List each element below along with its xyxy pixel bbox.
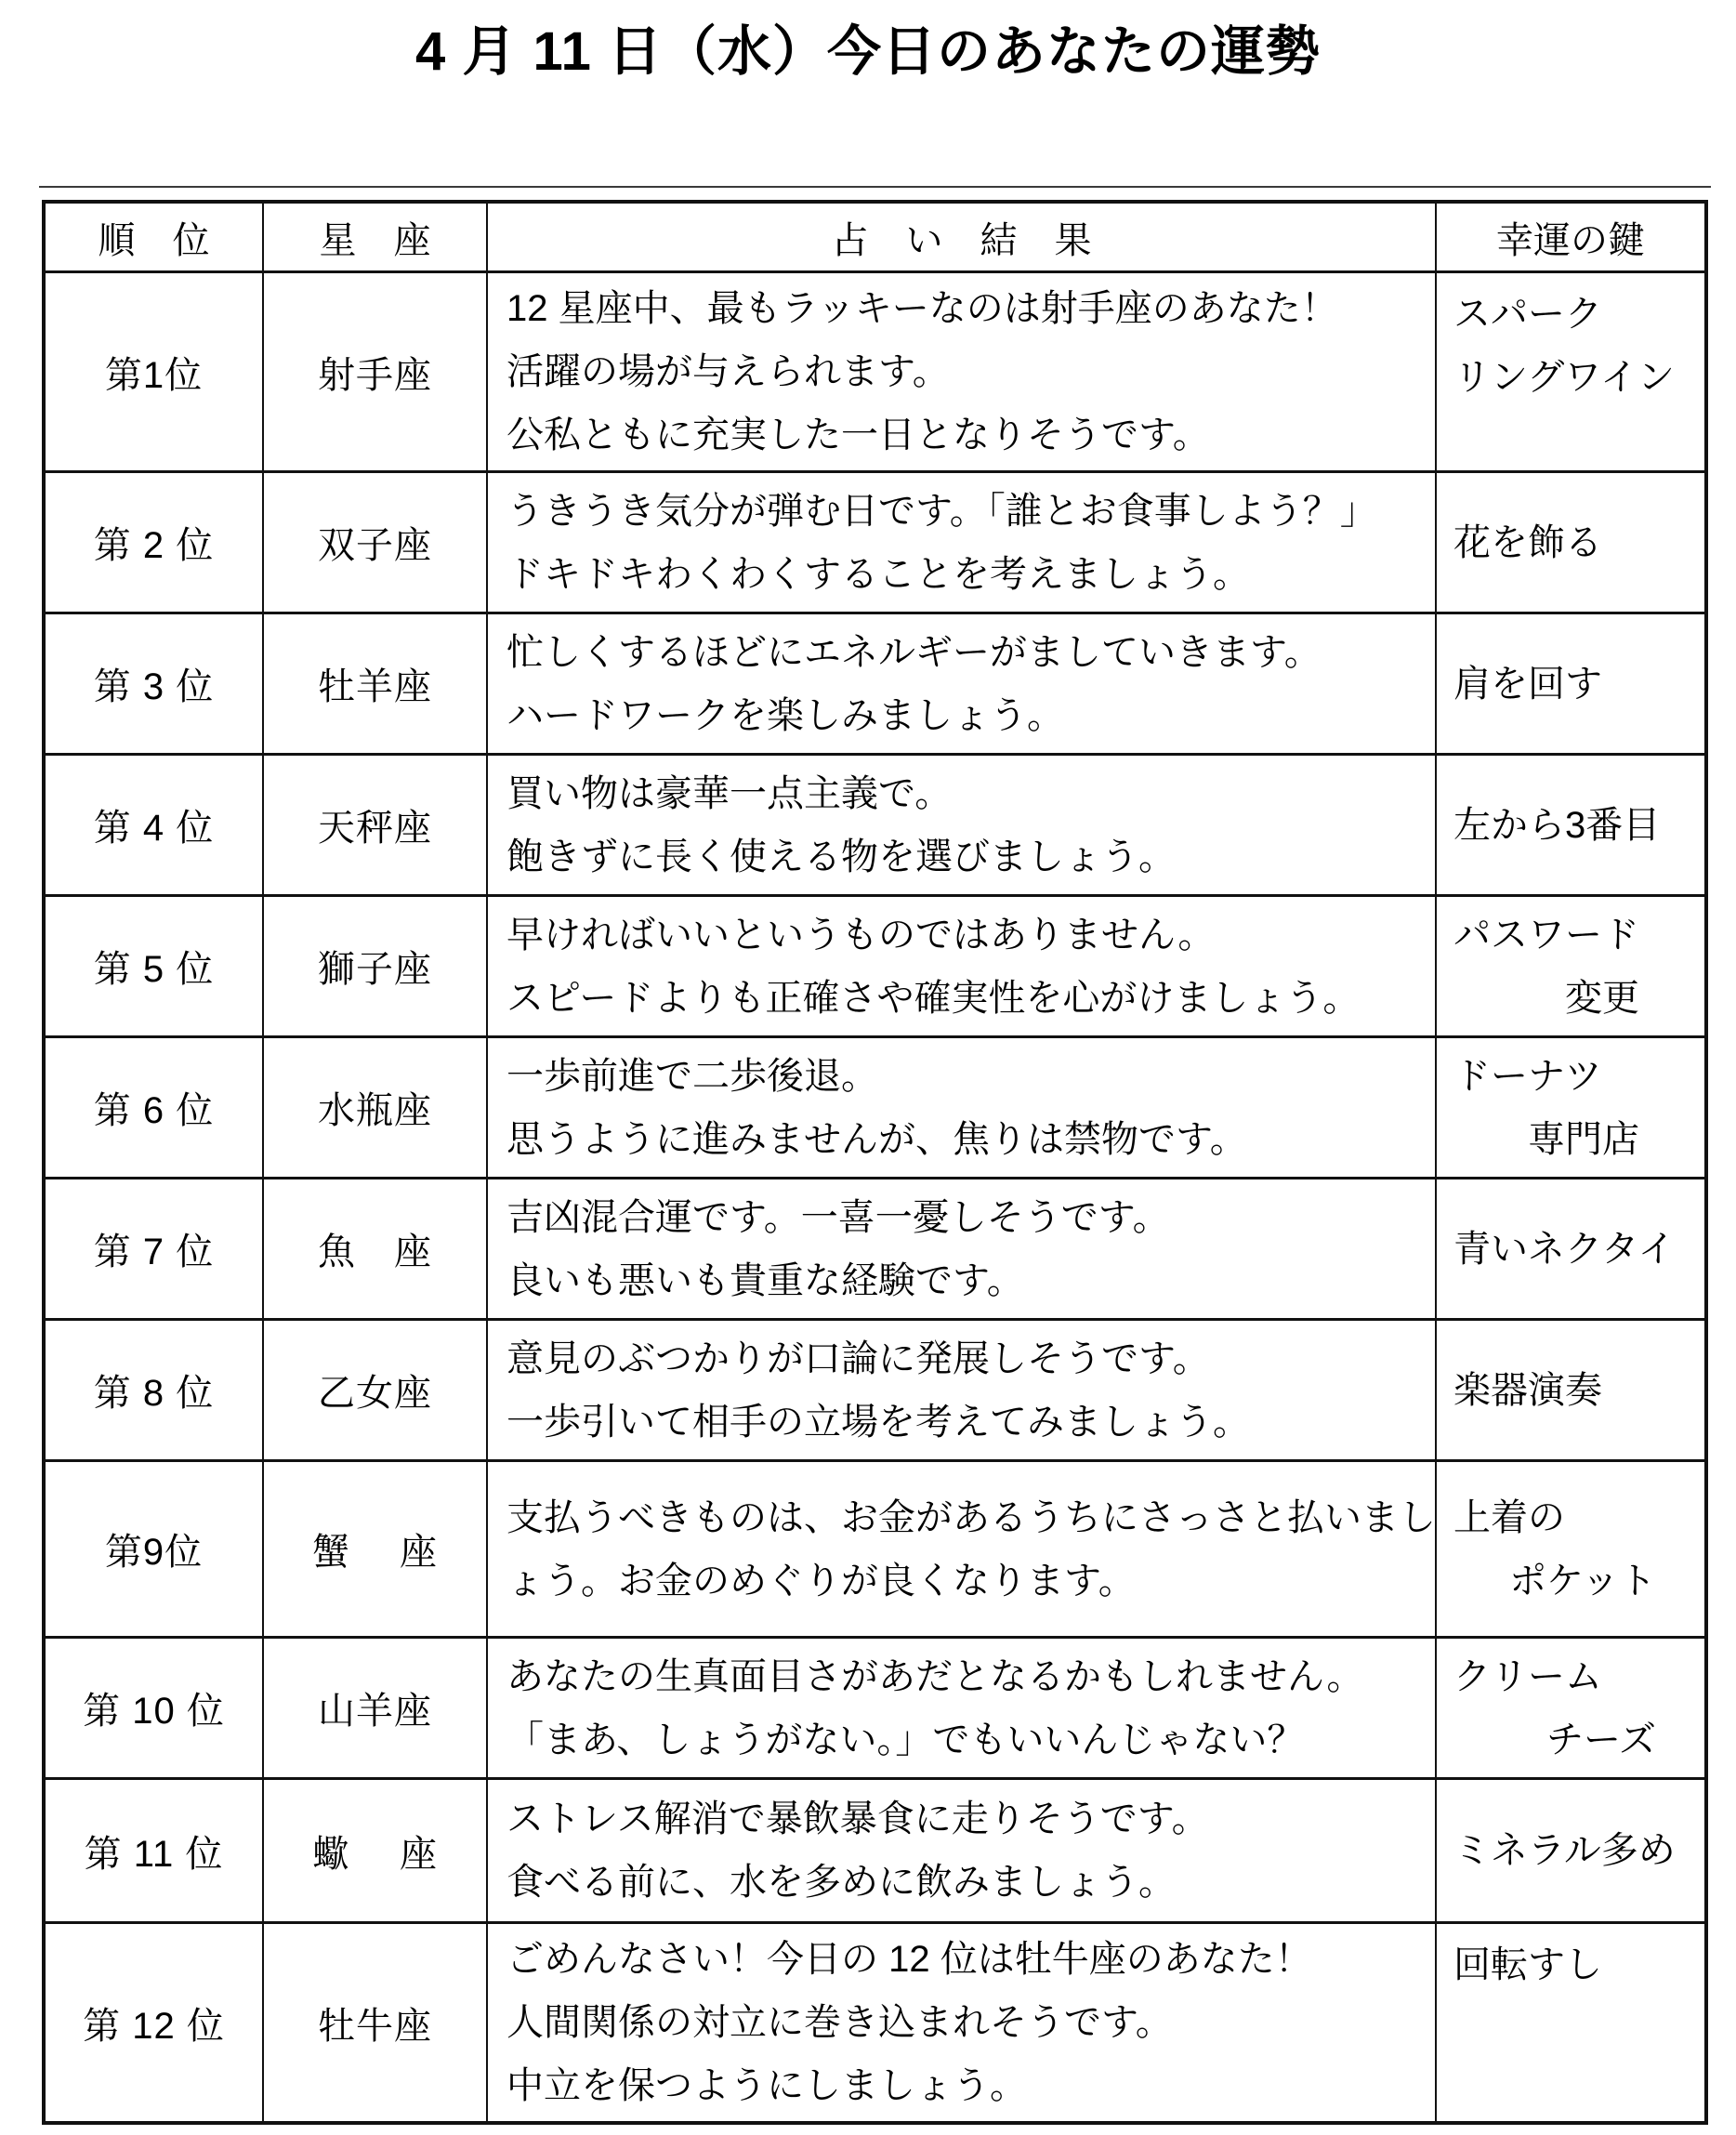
result-cell: 12 星座中、最もラッキーなのは射手座のあなた！活躍の場が与えられます。公私とも… [487, 272, 1436, 472]
result-line: 意見のぶつかりが口論に発展しそうです。 [506, 1327, 1422, 1390]
result-line: あなたの生真面目さがあだとなるかもしれません。 [506, 1645, 1422, 1708]
result-cell: ごめんなさい！今日の 12 位は牡牛座のあなた！人間関係の対立に巻き込まれそうで… [487, 1923, 1436, 2124]
fortune-table: 順 位 星 座 占 い 結 果 幸運の鍵 第1位射手座12 星座中、最もラッキー… [42, 200, 1708, 2125]
table-row: 第 2 位双子座うきうき気分が弾む日です。「誰とお食事しよう？」ドキドキわくわく… [44, 472, 1706, 613]
fortune-table-body: 第1位射手座12 星座中、最もラッキーなのは射手座のあなた！活躍の場が与えられま… [44, 272, 1706, 2124]
key-cell: 楽器演奏 [1436, 1320, 1706, 1461]
key-cell: 肩を回す [1436, 613, 1706, 755]
result-line: 12 星座中、最もラッキーなのは射手座のあなた！ [506, 277, 1422, 340]
key-line: クリーム [1453, 1645, 1697, 1708]
key-cell: 左から3番目 [1436, 755, 1706, 896]
result-line: ょう。お金のめぐりが良くなります。 [506, 1549, 1422, 1613]
sign-cell: 天秤座 [263, 755, 487, 896]
result-line: 人間関係の対立に巻き込まれそうです。 [506, 1991, 1422, 2054]
key-line: 青いネクタイ [1453, 1218, 1697, 1281]
table-row: 第 10 位山羊座あなたの生真面目さがあだとなるかもしれません。「まあ、しょうが… [44, 1638, 1706, 1779]
result-line: 中立を保つようにしましょう。 [506, 2054, 1422, 2117]
result-line: 一歩前進で二歩後退。 [506, 1045, 1422, 1108]
table-row: 第 8 位乙女座意見のぶつかりが口論に発展しそうです。一歩引いて相手の立場を考え… [44, 1320, 1706, 1461]
result-cell: あなたの生真面目さがあだとなるかもしれません。「まあ、しょうがない。」でもいいん… [487, 1638, 1436, 1779]
header-rank: 順 位 [44, 202, 263, 272]
header-key: 幸運の鍵 [1436, 202, 1706, 272]
sign-cell: 蟹 座 [263, 1461, 487, 1638]
result-line: ストレス解消で暴飲暴食に走りそうです。 [506, 1787, 1422, 1851]
key-line: ポケット [1453, 1549, 1697, 1613]
rank-cell: 第1位 [44, 272, 263, 472]
document-page: 4 月 11 日（水）今日のあなたの運勢 順 位 星 座 占 い 結 果 幸運の… [0, 0, 1736, 2135]
table-row: 第 11 位蠍 座ストレス解消で暴飲暴食に走りそうです。食べる前に、水を多めに飲… [44, 1779, 1706, 1923]
key-line: ミネラル多め [1453, 1819, 1697, 1882]
result-line: ごめんなさい！今日の 12 位は牡牛座のあなた！ [506, 1928, 1422, 1991]
key-line: 専門店 [1453, 1108, 1697, 1171]
result-line: 支払うべきものは、お金があるうちにさっさと払いまし [506, 1486, 1422, 1549]
page-title: 4 月 11 日（水）今日のあなたの運勢 [0, 0, 1736, 86]
sign-cell: 水瓶座 [263, 1037, 487, 1179]
result-cell: うきうき気分が弾む日です。「誰とお食事しよう？」ドキドキわくわくすることを考えま… [487, 472, 1436, 613]
result-line: 思うように進みませんが、焦りは禁物です。 [506, 1108, 1422, 1171]
rank-cell: 第 4 位 [44, 755, 263, 896]
sign-cell: 獅子座 [263, 896, 487, 1037]
result-line: 良いも悪いも貴重な経験です。 [506, 1249, 1422, 1312]
result-cell: 忙しくするほどにエネルギーがましていきます。ハードワークを楽しみましょう。 [487, 613, 1436, 755]
rank-cell: 第 7 位 [44, 1179, 263, 1320]
key-line: 楽器演奏 [1453, 1359, 1697, 1422]
result-line: 公私ともに充実した一日となりそうです。 [506, 403, 1422, 467]
sign-cell: 蠍 座 [263, 1779, 487, 1923]
key-line: リングワイン [1453, 346, 1697, 409]
result-line: 活躍の場が与えられます。 [506, 340, 1422, 403]
result-line: 早ければいいというものではありません。 [506, 903, 1422, 967]
table-row: 第1位射手座12 星座中、最もラッキーなのは射手座のあなた！活躍の場が与えられま… [44, 272, 1706, 472]
rank-cell: 第 5 位 [44, 896, 263, 1037]
result-line: 忙しくするほどにエネルギーがましていきます。 [506, 621, 1422, 684]
table-row: 第 6 位水瓶座一歩前進で二歩後退。思うように進みませんが、焦りは禁物です。ドー… [44, 1037, 1706, 1179]
key-cell: 回転すし [1436, 1923, 1706, 2124]
key-cell: クリームチーズ [1436, 1638, 1706, 1779]
rank-cell: 第9位 [44, 1461, 263, 1638]
result-line: 吉凶混合運です。一喜一憂しそうです。 [506, 1186, 1422, 1249]
key-line: 左から3番目 [1453, 794, 1697, 857]
key-line: 肩を回す [1453, 652, 1697, 716]
table-row: 第 3 位牡羊座忙しくするほどにエネルギーがましていきます。ハードワークを楽しみ… [44, 613, 1706, 755]
table-row: 第 4 位天秤座買い物は豪華一点主義で。飽きずに長く使える物を選びましょう。左か… [44, 755, 1706, 896]
sign-cell: 牡牛座 [263, 1923, 487, 2124]
result-line: スピードよりも正確さや確実性を心がけましょう。 [506, 967, 1422, 1030]
key-line: 上着の [1453, 1486, 1697, 1549]
key-cell: ドーナツ専門店 [1436, 1037, 1706, 1179]
rank-cell: 第 2 位 [44, 472, 263, 613]
sign-cell: 山羊座 [263, 1638, 487, 1779]
table-row: 第 7 位魚 座吉凶混合運です。一喜一憂しそうです。良いも悪いも貴重な経験です。… [44, 1179, 1706, 1320]
rank-cell: 第 10 位 [44, 1638, 263, 1779]
key-line: 変更 [1453, 967, 1697, 1030]
result-cell: 一歩前進で二歩後退。思うように進みませんが、焦りは禁物です。 [487, 1037, 1436, 1179]
header-sign: 星 座 [263, 202, 487, 272]
result-line: ドキドキわくわくすることを考えましょう。 [506, 543, 1422, 606]
sign-cell: 射手座 [263, 272, 487, 472]
result-cell: 吉凶混合運です。一喜一憂しそうです。良いも悪いも貴重な経験です。 [487, 1179, 1436, 1320]
key-line: 回転すし [1453, 1933, 1697, 1997]
result-line: 一歩引いて相手の立場を考えてみましょう。 [506, 1390, 1422, 1454]
key-cell: パスワード変更 [1436, 896, 1706, 1037]
result-line: 買い物は豪華一点主義で。 [506, 762, 1422, 825]
key-cell: 青いネクタイ [1436, 1179, 1706, 1320]
sign-cell: 双子座 [263, 472, 487, 613]
rank-cell: 第 8 位 [44, 1320, 263, 1461]
result-cell: ストレス解消で暴飲暴食に走りそうです。食べる前に、水を多めに飲みましょう。 [487, 1779, 1436, 1923]
table-row: 第9位蟹 座支払うべきものは、お金があるうちにさっさと払いましょう。お金のめぐり… [44, 1461, 1706, 1638]
result-cell: 早ければいいというものではありません。スピードよりも正確さや確実性を心がけましょ… [487, 896, 1436, 1037]
result-line: 食べる前に、水を多めに飲みましょう。 [506, 1851, 1422, 1914]
key-cell: ミネラル多め [1436, 1779, 1706, 1923]
sign-cell: 乙女座 [263, 1320, 487, 1461]
result-cell: 支払うべきものは、お金があるうちにさっさと払いましょう。お金のめぐりが良くなりま… [487, 1461, 1436, 1638]
top-rule [39, 186, 1711, 188]
key-line: チーズ [1453, 1708, 1697, 1772]
key-cell: 花を飾る [1436, 472, 1706, 613]
key-line: スパーク [1453, 283, 1697, 346]
result-cell: 意見のぶつかりが口論に発展しそうです。一歩引いて相手の立場を考えてみましょう。 [487, 1320, 1436, 1461]
result-cell: 買い物は豪華一点主義で。飽きずに長く使える物を選びましょう。 [487, 755, 1436, 896]
table-row: 第 5 位獅子座早ければいいというものではありません。スピードよりも正確さや確実… [44, 896, 1706, 1037]
sign-cell: 牡羊座 [263, 613, 487, 755]
key-line: ドーナツ [1453, 1045, 1697, 1108]
rank-cell: 第 12 位 [44, 1923, 263, 2124]
result-line: うきうき気分が弾む日です。「誰とお食事しよう？」 [506, 480, 1422, 543]
result-line: ハードワークを楽しみましょう。 [506, 684, 1422, 747]
rank-cell: 第 3 位 [44, 613, 263, 755]
key-line: 花を飾る [1453, 511, 1697, 574]
rank-cell: 第 11 位 [44, 1779, 263, 1923]
key-cell: 上着のポケット [1436, 1461, 1706, 1638]
header-result: 占 い 結 果 [487, 202, 1436, 272]
key-cell: スパークリングワイン [1436, 272, 1706, 472]
sign-cell: 魚 座 [263, 1179, 487, 1320]
result-line: 飽きずに長く使える物を選びましょう。 [506, 825, 1422, 889]
result-line: 「まあ、しょうがない。」でもいいんじゃない？ [506, 1708, 1422, 1772]
rank-cell: 第 6 位 [44, 1037, 263, 1179]
header-row: 順 位 星 座 占 い 結 果 幸運の鍵 [44, 202, 1706, 272]
table-row: 第 12 位牡牛座ごめんなさい！今日の 12 位は牡牛座のあなた！人間関係の対立… [44, 1923, 1706, 2124]
key-line: パスワード [1453, 903, 1697, 967]
